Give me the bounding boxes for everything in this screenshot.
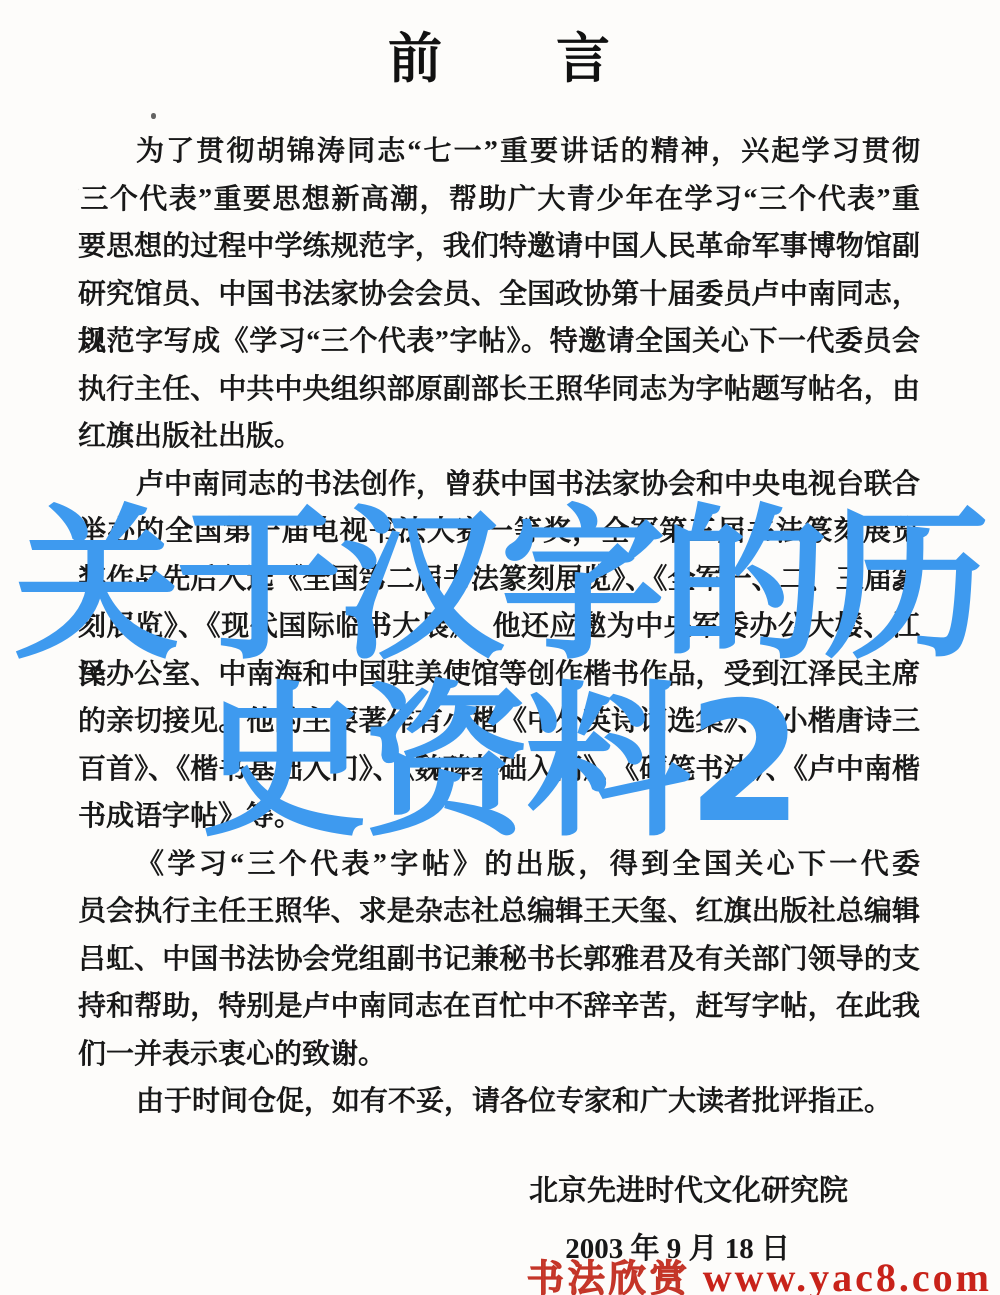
text-line: 卢中南同志的书法创作，曾获中国书法家协会和中央电视台联合 xyxy=(78,461,920,509)
site-watermark: 书法欣赏www.yac8.com xyxy=(527,1248,992,1295)
text-line: 为了贯彻胡锦涛同志“七一”重要讲话的精神，兴起学习贯彻 xyxy=(78,128,920,176)
text-line: 员会执行主任王照华、求是杂志社总编辑王天玺、红旗出版社总编辑 xyxy=(78,888,920,936)
text-line: 的亲切接见。他的主要著作有小楷《中外英诗词选集》、《小楷唐诗三 xyxy=(78,698,920,746)
text-line: 研究馆员、中国书法家协会会员、全国政协第十届委员卢中南同志，以 xyxy=(78,271,920,319)
site-watermark-url: www.yac8.com xyxy=(703,1255,992,1295)
text-line: 刻展览》、《现代国际临书大展》，他还应邀为中央军委办公大楼、江泽 xyxy=(78,603,920,651)
text-line: 红旗出版社出版。 xyxy=(78,413,920,461)
text-line: 执行主任、中共中央组织部原副部长王照华同志为字帖题写帖名，由 xyxy=(78,366,920,414)
text-line: 要思想的过程中学练规范字，我们特邀请中国人民革命军事博物馆副 xyxy=(78,223,920,271)
signature-organization: 北京先进时代文化研究院 xyxy=(78,1168,920,1209)
text-line: 《学习“三个代表”字帖》的出版，得到全国关心下一代委 xyxy=(78,841,920,889)
text-line: 吕虹、中国书法协会党组副书记兼秘书长郭雅君及有关部门领导的支 xyxy=(78,936,920,984)
preface-body: 为了贯彻胡锦涛同志“七一”重要讲话的精神，兴起学习贯彻“三个代表”重要思想新高潮… xyxy=(78,128,920,1126)
text-line: 书成语字帖》等。 xyxy=(78,793,920,841)
text-line: 规范字写成《学习“三个代表”字帖》。特邀请全国关心下一代委员会 xyxy=(78,318,920,366)
text-line: “三个代表”重要思想新高潮，帮助广大青少年在学习“三个代表”重 xyxy=(78,176,920,224)
text-line: 民办公室、中南海和中国驻美使馆等创作楷书作品，受到江泽民主席 xyxy=(78,651,920,699)
scan-speck xyxy=(151,113,156,119)
site-watermark-name: 书法欣赏 xyxy=(527,1259,691,1295)
text-line: 由于时间仓促，如有不妥，请各位专家和广大读者批评指正。 xyxy=(78,1078,920,1126)
text-line: 百首》、《楷书基础入门》、《魏碑基础入门》、《硬笔书法》、《卢中南楷 xyxy=(78,746,920,794)
text-line: 持和帮助，特别是卢中南同志在百忙中不辞辛苦，赶写字帖，在此我 xyxy=(78,983,920,1031)
text-line: 其作品先后入选《全国第二届书法篆刻展览》、《全军一、二、三届篆 xyxy=(78,556,920,604)
text-line: 们一并表示衷心的致谢。 xyxy=(78,1031,920,1079)
text-line: 举办的全国第一届电视书法大赛一等奖，全军第三届书法篆刻展览奖。 xyxy=(78,508,920,556)
document-page: 前 言 为了贯彻胡锦涛同志“七一”重要讲话的精神，兴起学习贯彻“三个代表”重要思… xyxy=(0,0,1000,1295)
document-title: 前 言 xyxy=(0,16,1000,93)
